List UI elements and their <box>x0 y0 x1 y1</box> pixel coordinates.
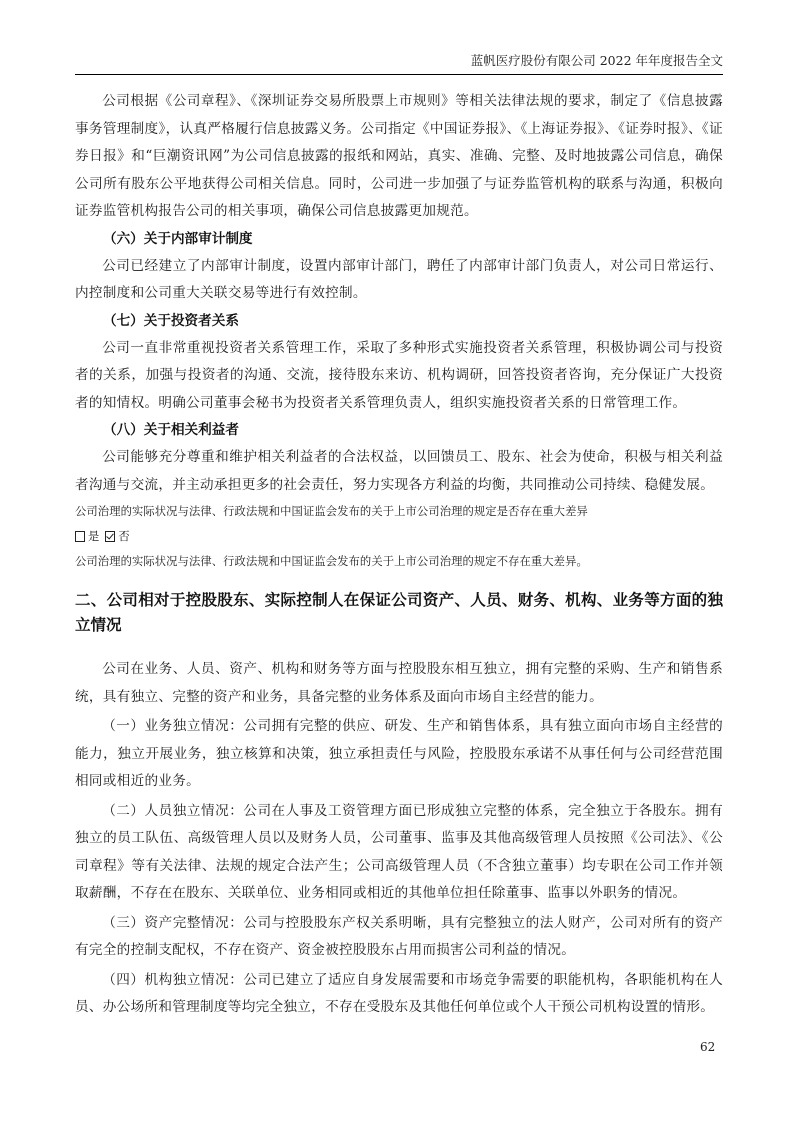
paragraph-personnel-independence: （二）人员独立情况：公司在人事及工资管理方面已形成独立完整的体系，完全独立于各股… <box>75 798 723 908</box>
governance-answer: 公司治理的实际状况与法律、行政法规和中国证监会发布的关于上市公司治理的规定不存在… <box>75 549 723 574</box>
checkbox-no-label: 否 <box>118 524 129 549</box>
paragraph-stakeholders: 公司能够充分尊重和维护相关利益者的合法权益，以回馈员工、股东、社会为使命，积极与… <box>75 444 723 499</box>
document-body: 公司根据《公司章程》、《深圳证券交易所股票上市规则》等相关法律法规的要求，制定了… <box>75 88 723 1022</box>
checkbox-no-checked-icon <box>105 531 115 542</box>
governance-question: 公司治理的实际状况与法律、行政法规和中国证监会发布的关于上市公司治理的规定是否存… <box>75 499 723 524</box>
report-title: 蓝帆医疗股份有限公司 2022 年年度报告全文 <box>471 53 723 68</box>
paragraph-internal-audit: 公司已经建立了内部审计制度，设置内部审计部门，聘任了内部审计部门负责人，对公司日… <box>75 253 723 308</box>
governance-checkbox-group: 是 否 <box>75 524 723 549</box>
page-header: 蓝帆医疗股份有限公司 2022 年年度报告全文 <box>75 52 723 75</box>
heading-stakeholders: （八）关于相关利益者 <box>75 417 723 444</box>
section-title-independence: 二、公司相对于控股股东、实际控制人在保证公司资产、人员、财务、机构、业务等方面的… <box>75 588 723 638</box>
paragraph-business-independence: （一）业务独立情况：公司拥有完整的供应、研发、生产和销售体系，具有独立面向市场自… <box>75 713 723 796</box>
paragraph-investor-relations: 公司一直非常重视投资者关系管理工作，采取了多种形式实施投资者关系管理，积极协调公… <box>75 335 723 418</box>
heading-internal-audit: （六）关于内部审计制度 <box>75 226 723 253</box>
page-number: 62 <box>700 1040 715 1054</box>
heading-investor-relations: （七）关于投资者关系 <box>75 308 723 335</box>
paragraph-independence-overview: 公司在业务、人员、资产、机构和财务等方面与控股股东相互独立，拥有完整的采购、生产… <box>75 656 723 711</box>
paragraph-organization-independence: （四）机构独立情况：公司已建立了适应自身发展需要和市场竞争需要的职能机构，各职能… <box>75 967 723 1022</box>
checkbox-yes-icon <box>75 531 85 542</box>
paragraph-asset-integrity: （三）资产完整情况：公司与控股股东产权关系明晰，具有完整独立的法人财产，公司对所… <box>75 910 723 965</box>
paragraph-information-disclosure: 公司根据《公司章程》、《深圳证券交易所股票上市规则》等相关法律法规的要求，制定了… <box>75 88 723 226</box>
checkbox-yes-label: 是 <box>88 524 99 549</box>
